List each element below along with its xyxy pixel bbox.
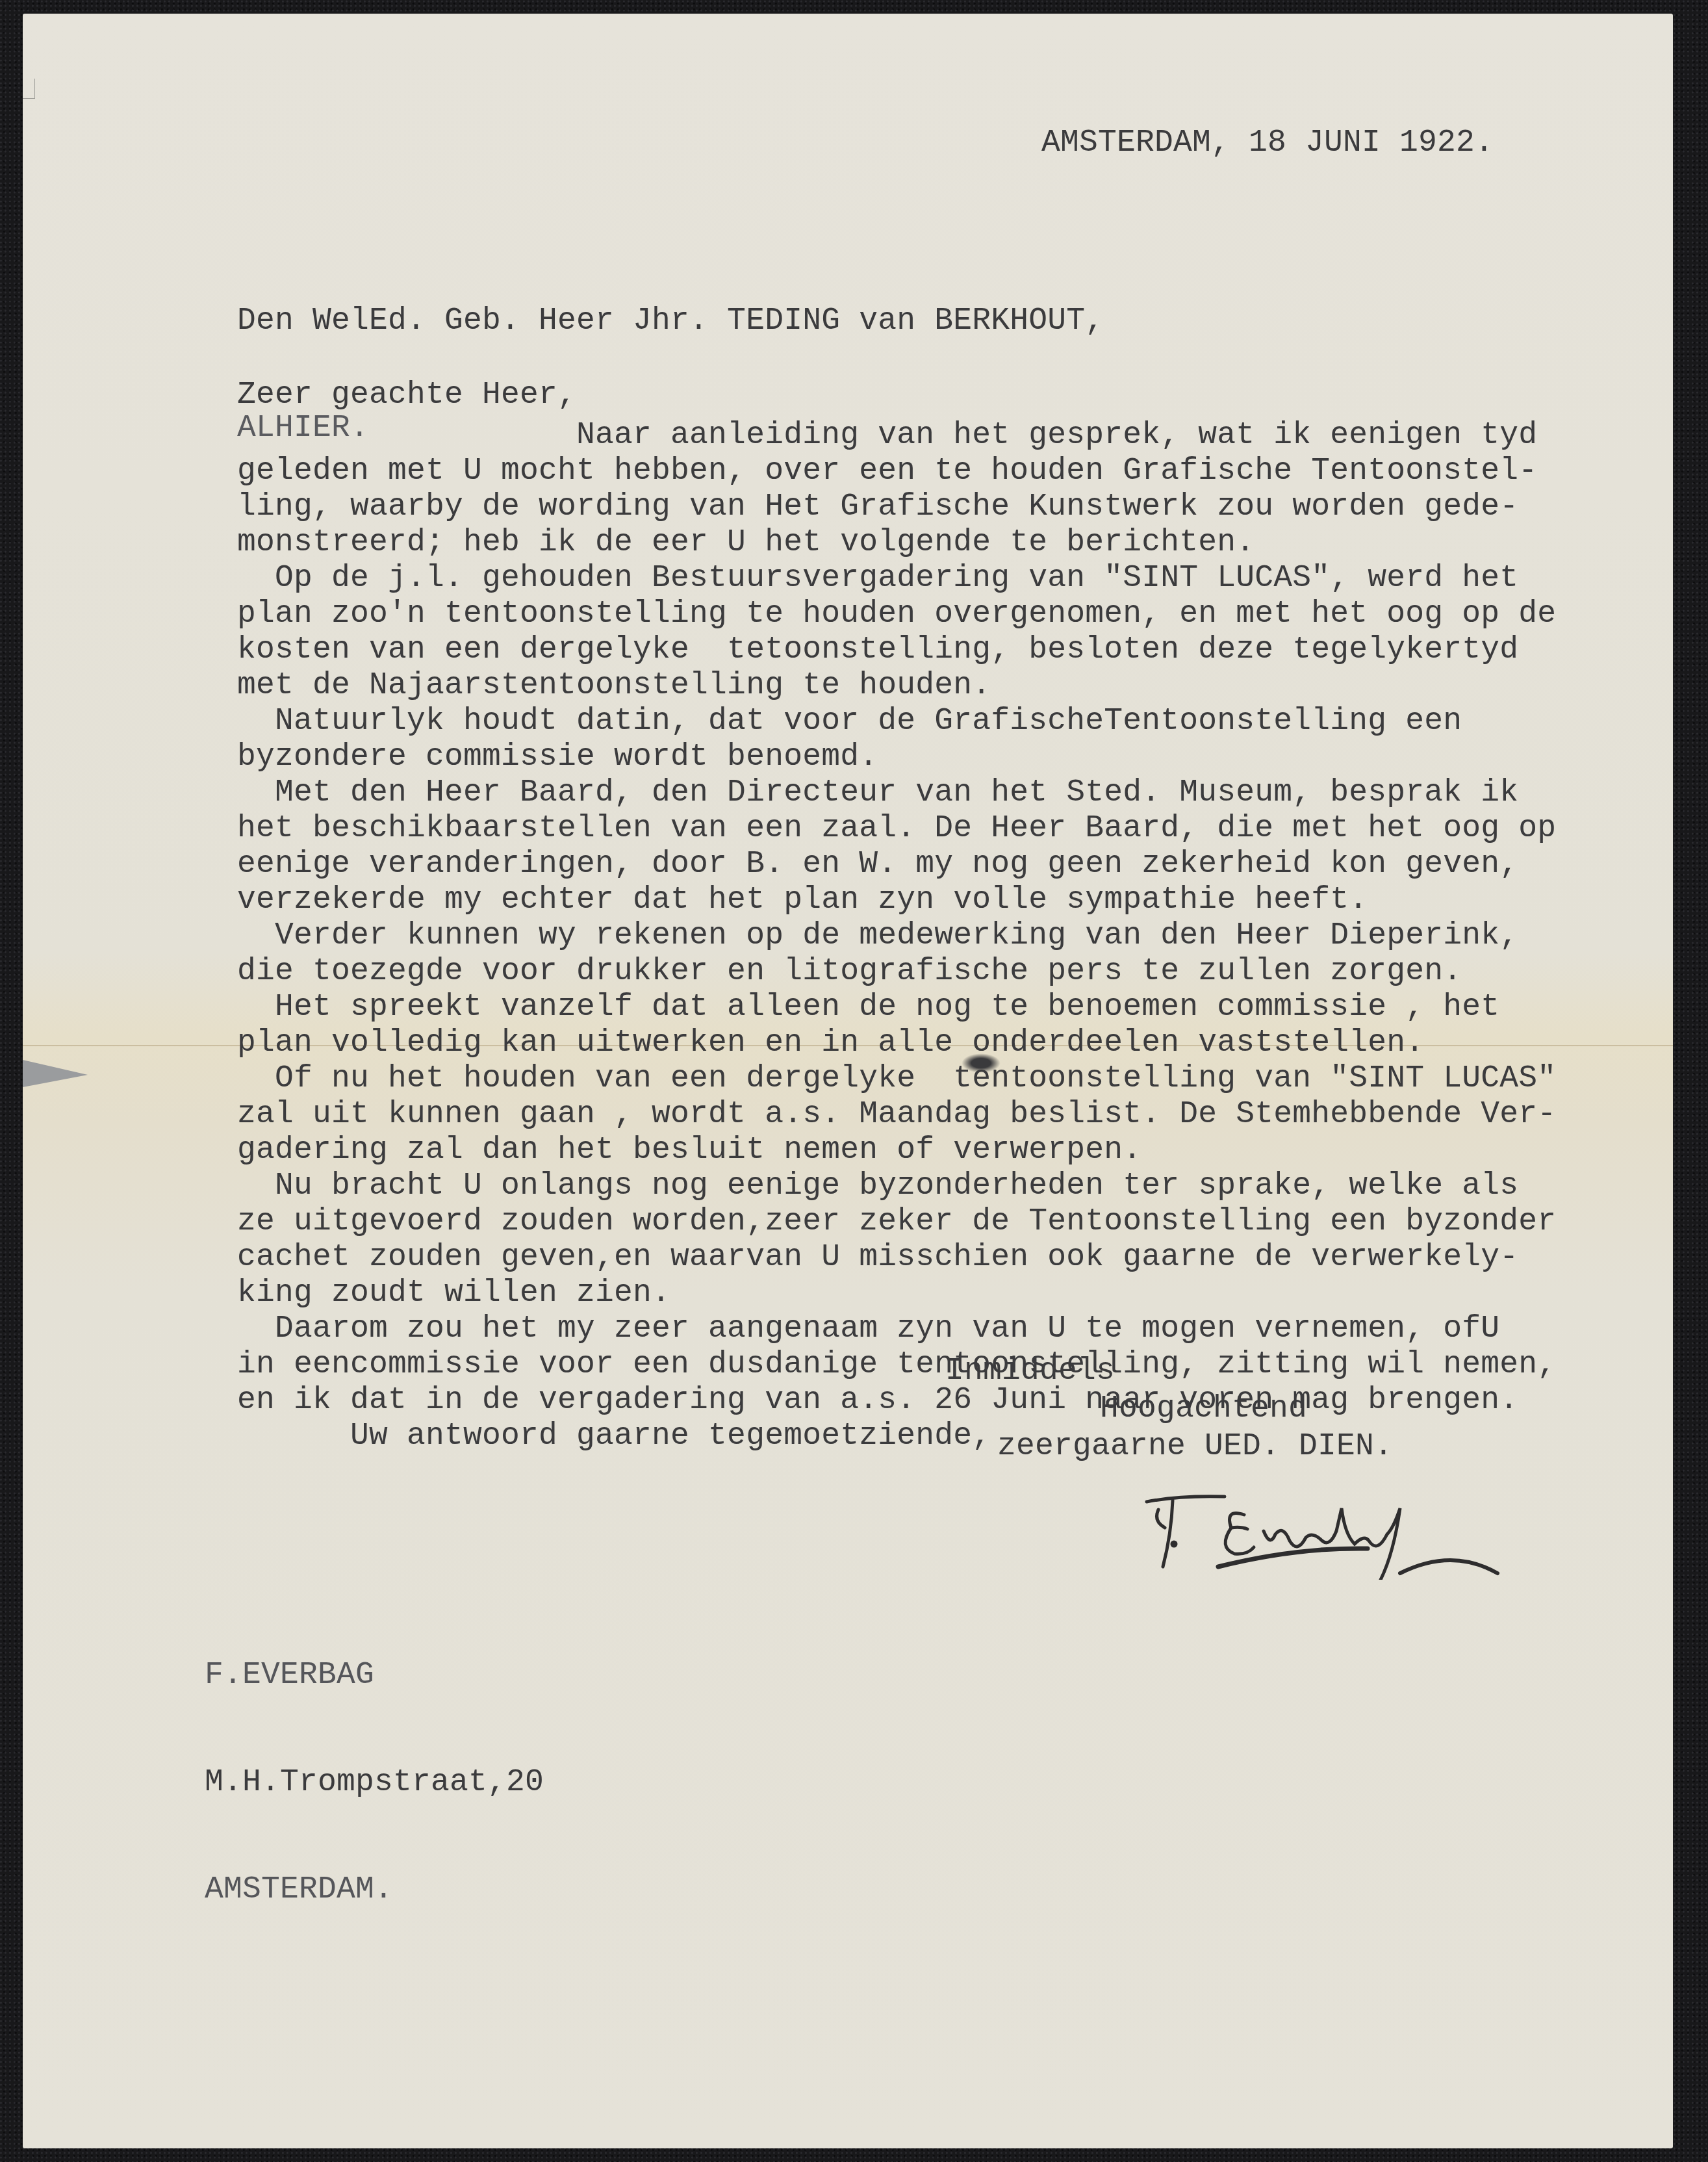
salutation: Zeer geachte Heer, <box>237 378 576 413</box>
body-line: eenige veranderingen, door B. en W. my n… <box>237 847 1556 882</box>
paper-edge-nick <box>23 79 35 99</box>
letter-body: Naar aanleiding van het gesprek, wat ik … <box>237 418 1556 1454</box>
body-line: Met den Heer Baard, den Directeur van he… <box>237 775 1556 811</box>
letter-page: AMSTERDAM, 18 JUNI 1922. Den WelEd. Geb.… <box>23 14 1673 2148</box>
body-line: Het spreekt vanzelf dat alleen de nog te… <box>237 990 1556 1025</box>
sender-address: F.EVERBAG M.H.Trompstraat,20 AMSTERDAM. <box>205 1586 544 1979</box>
body-line: verzekerde my echter dat het plan zyn vo… <box>237 882 1556 918</box>
body-line: en ik dat in de vergadering van a.s. 26 … <box>237 1383 1556 1419</box>
body-line: plan zoo'n tentoonstelling te houden ove… <box>237 597 1556 632</box>
body-line: monstreerd; heb ik de eer U het volgende… <box>237 525 1556 561</box>
body-line: cachet zouden geven,en waarvan U misschi… <box>237 1240 1556 1276</box>
body-line: ling, waarby de wording van Het Grafisch… <box>237 489 1556 525</box>
body-line: Op de j.l. gehouden Bestuursvergadering … <box>237 561 1556 597</box>
body-line: Of nu het houden van een dergelyke tento… <box>237 1061 1556 1097</box>
body-line: zal uit kunnen gaan , wordt a.s. Maandag… <box>237 1097 1556 1133</box>
body-line: gadering zal dan het besluit nemen of ve… <box>237 1133 1556 1168</box>
body-line: Daarom zou het my zeer aangenaam zyn van… <box>237 1311 1556 1347</box>
closing-hoogachtend: Hoogachtend <box>1100 1391 1307 1427</box>
body-line: kosten van een dergelyke tetoonstelling,… <box>237 632 1556 668</box>
body-line: plan volledig kan uitwerken en in alle o… <box>237 1025 1556 1061</box>
body-line: Nu bracht U onlangs nog eenige byzonderh… <box>237 1168 1556 1204</box>
date-line: AMSTERDAM, 18 JUNI 1922. <box>1041 125 1494 161</box>
body-line: byzondere commissie wordt benoemd. <box>237 740 1556 775</box>
body-line: Naar aanleiding van het gesprek, wat ik … <box>237 418 1556 454</box>
body-line: geleden met U mocht hebben, over een te … <box>237 454 1556 489</box>
paper-tear <box>23 1060 88 1087</box>
closing-dienaar: zeergaarne UED. DIEN. <box>997 1429 1393 1465</box>
body-line: ze uitgevoerd zouden worden,zeer zeker d… <box>237 1204 1556 1240</box>
sender-street: M.H.Trompstraat,20 <box>205 1765 544 1801</box>
body-line: Natuurlyk houdt datin, dat voor de Grafi… <box>237 704 1556 740</box>
body-line: king zoudt willen zien. <box>237 1276 1556 1311</box>
closing-inmiddels: Inmiddels <box>945 1354 1115 1389</box>
body-line: Verder kunnen wy rekenen op de medewerki… <box>237 918 1556 954</box>
recipient-line: Den WelEd. Geb. Heer Jhr. TEDING van BER… <box>237 303 1104 339</box>
sender-name: F.EVERBAG <box>205 1658 544 1693</box>
handwritten-signature: F. Everbag <box>1127 1469 1517 1580</box>
body-line: met de Najaarstentoonstelling te houden. <box>237 668 1556 704</box>
body-line: in eencommissie voor een dusdanige tento… <box>237 1347 1556 1383</box>
sender-city: AMSTERDAM. <box>205 1872 544 1908</box>
body-line: die toezegde voor drukker en litografisc… <box>237 954 1556 990</box>
body-line: het beschikbaarstellen van een zaal. De … <box>237 811 1556 847</box>
